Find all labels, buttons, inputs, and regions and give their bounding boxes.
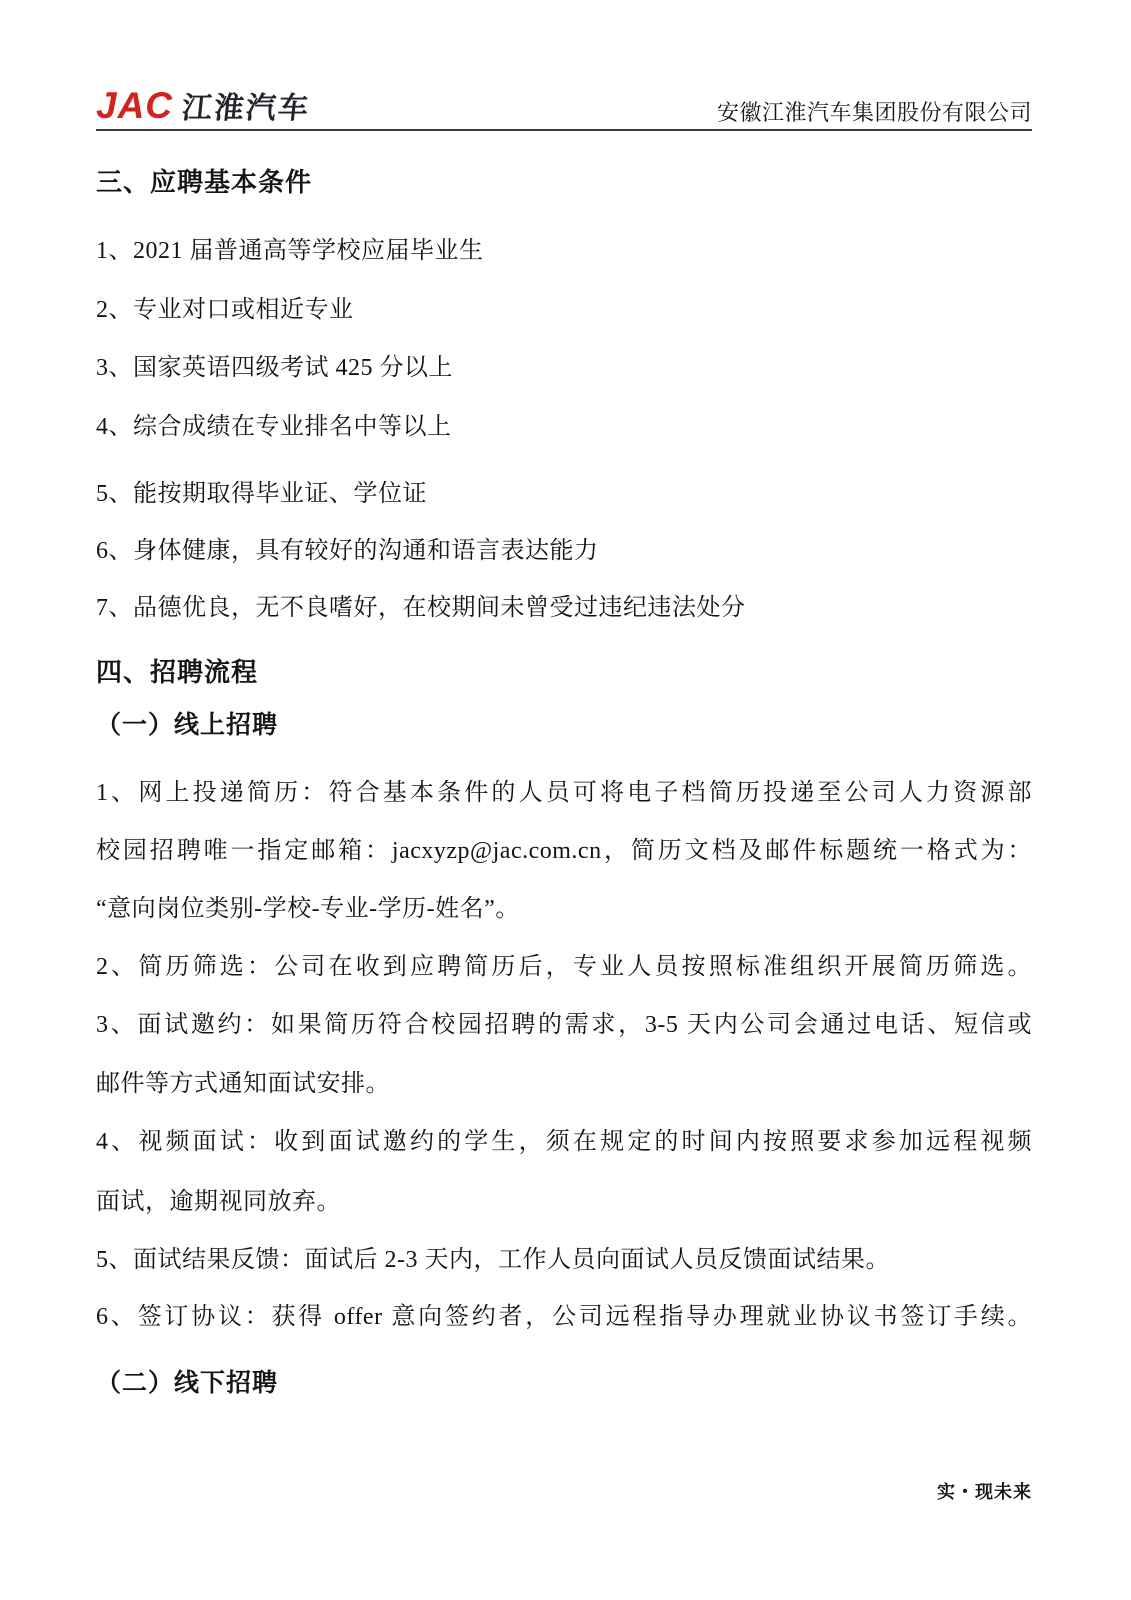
offline-recruiting-heading: （二）线下招聘 <box>96 1369 1032 1399</box>
section4-heading: 四、招聘流程 <box>96 658 1032 688</box>
online-step6: 6、签订协议：获得 offer 意向签约者，公司远程指导办理就业协议书签订手续。 <box>96 1302 1032 1332</box>
footer-slogan: 实・现未来 <box>96 1478 1032 1504</box>
online-step3-line1: 3、面试邀约：如果简历符合校园招聘的需求，3-5 天内公司会通过电话、短信或 <box>96 1010 1032 1040</box>
company-name: 安徽江淮汽车集团股份有限公司 <box>96 96 1032 127</box>
online-recruiting-heading: （一）线上招聘 <box>96 711 1032 741</box>
requirement-item-1: 1、2021 届普通高等学校应届毕业生 <box>96 236 1032 266</box>
online-step1-line3: “意向岗位类别-学校-专业-学历-姓名”。 <box>96 894 1032 924</box>
requirement-item-3: 3、国家英语四级考试 425 分以上 <box>96 353 1032 383</box>
requirement-item-5: 5、能按期取得毕业证、学位证 <box>96 479 1032 509</box>
online-step4-line2: 面试，逾期视同放弃。 <box>96 1187 1032 1217</box>
online-step4-line1: 4、视频面试：收到面试邀约的学生，须在规定的时间内按照要求参加远程视频 <box>96 1127 1032 1157</box>
online-step1-line1: 1、网上投递简历：符合基本条件的人员可将电子档简历投递至公司人力资源部 <box>96 778 1032 808</box>
online-step1-line2: 校园招聘唯一指定邮箱：jacxyzp@jac.com.cn，简历文档及邮件标题统… <box>96 836 1032 866</box>
online-step2: 2、简历筛选：公司在收到应聘简历后，专业人员按照标准组织开展简历筛选。 <box>96 952 1032 982</box>
header-divider <box>96 129 1032 131</box>
requirement-item-2: 2、专业对口或相近专业 <box>96 295 1032 325</box>
online-step5: 5、面试结果反馈：面试后 2-3 天内，工作人员向面试人员反馈面试结果。 <box>96 1245 1032 1275</box>
online-step3-line2: 邮件等方式通知面试安排。 <box>96 1069 1032 1099</box>
requirement-item-6: 6、身体健康，具有较好的沟通和语言表达能力 <box>96 536 1032 566</box>
section3-heading: 三、应聘基本条件 <box>96 168 1032 198</box>
requirement-item-4: 4、综合成绩在专业排名中等以上 <box>96 412 1032 442</box>
requirement-item-7: 7、品德优良，无不良嗜好，在校期间未曾受过违纪违法处分 <box>96 593 1032 623</box>
